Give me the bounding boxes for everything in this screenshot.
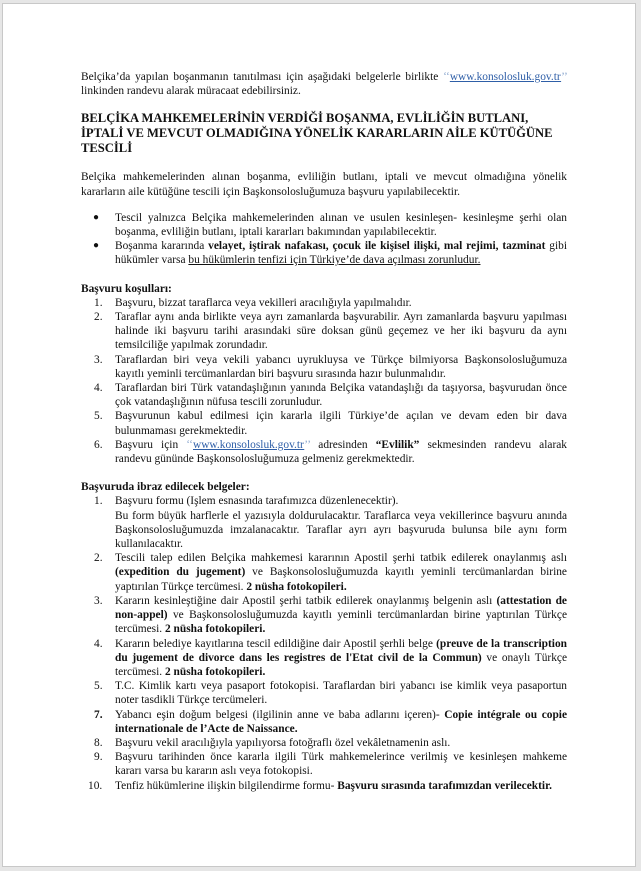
item-text: Taraflardan biri Türk vatandaşlığının ya… [115,382,567,408]
bullet-text: Boşanma kararında [115,240,208,252]
document-page: Belçika’da yapılan boşanmanın tanıtılmas… [2,3,636,867]
bullet-underlined-text: bu hükümlerin tenfizi için Türkiye’de da… [188,254,480,266]
item-number: 7. [94,708,103,722]
list-item: 9.Başvuru tarihinden önce kararla ilgili… [81,750,567,778]
item-text: T.C. Kimlik kartı veya pasaport fotokopi… [115,680,567,706]
list-item: 4.Taraflardan biri Türk vatandaşlığının … [81,381,567,409]
item-text: Başvuru tarihinden önce kararla ilgili T… [115,751,567,777]
list-item: 5.Başvurunun kabul edilmesi için kararla… [81,409,567,437]
bullet-item: ● Tescil yalnızca Belçika mahkemelerinde… [81,211,567,239]
list-item: 4.Kararın belediye kayıtlarına tescil ed… [81,637,567,680]
bullet-icon: ● [93,239,99,253]
document-title: BELÇİKA MAHKEMELERİNİN VERDİĞİ BOŞANMA, … [81,111,567,156]
item-text: Başvuru, bizzat taraflarca veya vekiller… [115,297,412,309]
item-number: 1. [94,494,103,508]
item-text: Tescili talep edilen Belçika mahkemesi k… [115,552,567,564]
item-number: 8. [94,736,103,750]
bullet-list: ● Tescil yalnızca Belçika mahkemelerinde… [81,211,567,268]
item-number: 2. [94,310,103,324]
list-item: 2.Tescili talep edilen Belçika mahkemesi… [81,551,567,594]
documents-list: 1.Başvuru formu (Işlem esnasında tarafım… [81,494,567,792]
item-text: Kararın kesinleştiğine dair Apostil şerh… [115,595,496,607]
item-bold-text: 2 nüsha fotokopileri. [246,581,346,593]
intro-text-after: linkinden randevu alarak müracaat edebil… [81,85,301,97]
item-text: Tenfiz hükümlerine ilişkin bilgilendirme… [115,780,337,792]
item-text: Yabancı eşin doğum belgesi (ilgilinin an… [115,709,444,721]
bullet-icon: ● [93,211,99,225]
item-number: 3. [94,594,103,608]
item-number: 9. [94,750,103,764]
list-item: 3.Taraflardan biri veya vekili yabancı u… [81,353,567,381]
quote-close: ’’ [561,71,567,83]
item-number: 5. [94,409,103,423]
list-item: 8.Başvuru vekil aracılığıyla yapılıyorsa… [81,736,567,750]
item-text: Başvuru vekil aracılığıyla yapılıyorsa f… [115,737,450,749]
item-number: 4. [94,381,103,395]
list-item: 1.Başvuru formu (Işlem esnasında tarafım… [81,494,567,551]
bullet-text: Tescil yalnızca Belçika mahkemelerinden … [115,212,567,238]
bullet-bold-text: velayet, iştirak nafakası, çocuk ile kiş… [208,240,545,252]
konsolosluk-link[interactable]: www.konsolosluk.gov.tr [193,439,304,451]
item-text: Kararın belediye kayıtlarına tescil edil… [115,638,436,650]
conditions-list: 1.Başvuru, bizzat taraflarca veya vekill… [81,296,567,466]
item-bold-text: (expedition du jugement) [115,566,245,578]
item-text: Bu form büyük harflerle el yazısıyla dol… [115,510,567,550]
intro-paragraph: Belçika’da yapılan boşanmanın tanıtılmas… [81,70,567,98]
item-number: 4. [94,637,103,651]
item-number: 1. [94,296,103,310]
item-bold-text: 2 nüsha fotokopileri. [165,666,265,678]
list-item: 2.Taraflar aynı anda birlikte veya ayrı … [81,310,567,353]
documents-heading: Başvuruda ibraz edilecek belgeler: [81,480,567,494]
item-bold-text: “Evlilik” [376,439,420,451]
conditions-heading: Başvuru koşulları: [81,282,567,296]
list-item: 6.Başvuru için ‘‘www.konsolosluk.gov.tr’… [81,438,567,466]
list-item: 7.Yabancı eşin doğum belgesi (ilgilinin … [81,708,567,736]
list-item: 10.Tenfiz hükümlerine ilişkin bilgilendi… [81,779,567,793]
item-number: 5. [94,679,103,693]
item-text: adresinden [310,439,376,451]
konsolosluk-link[interactable]: www.konsolosluk.gov.tr [450,71,561,83]
item-text: Taraflar aynı anda birlikte veya ayrı za… [115,311,567,351]
quote-open: ‘‘ [186,439,193,451]
item-text: Başvuru formu (Işlem esnasında tarafımız… [115,495,398,507]
list-item: 1.Başvuru, bizzat taraflarca veya vekill… [81,296,567,310]
quote-open: ‘‘ [443,71,450,83]
item-number: 10. [88,779,102,793]
list-item: 3.Kararın kesinleştiğine dair Apostil şe… [81,594,567,637]
item-bold-text: Başvuru sırasında tarafımızdan verilecek… [337,780,552,792]
item-text: Başvuru için [115,439,186,451]
document-content: Belçika’da yapılan boşanmanın tanıtılmas… [81,70,567,793]
item-number: 6. [94,438,103,452]
item-number: 2. [94,551,103,565]
description-paragraph: Belçika mahkemelerinden alınan boşanma, … [81,170,567,198]
intro-text: Belçika’da yapılan boşanmanın tanıtılmas… [81,71,443,83]
item-number: 3. [94,353,103,367]
list-item: 5.T.C. Kimlik kartı veya pasaport fotoko… [81,679,567,707]
item-bold-text: 2 nüsha fotokopileri. [165,623,265,635]
item-text: Taraflardan biri veya vekili yabancı uyr… [115,354,567,380]
item-text: Başvurunun kabul edilmesi için kararla i… [115,410,567,436]
bullet-item: ● Boşanma kararında velayet, iştirak naf… [81,239,567,267]
